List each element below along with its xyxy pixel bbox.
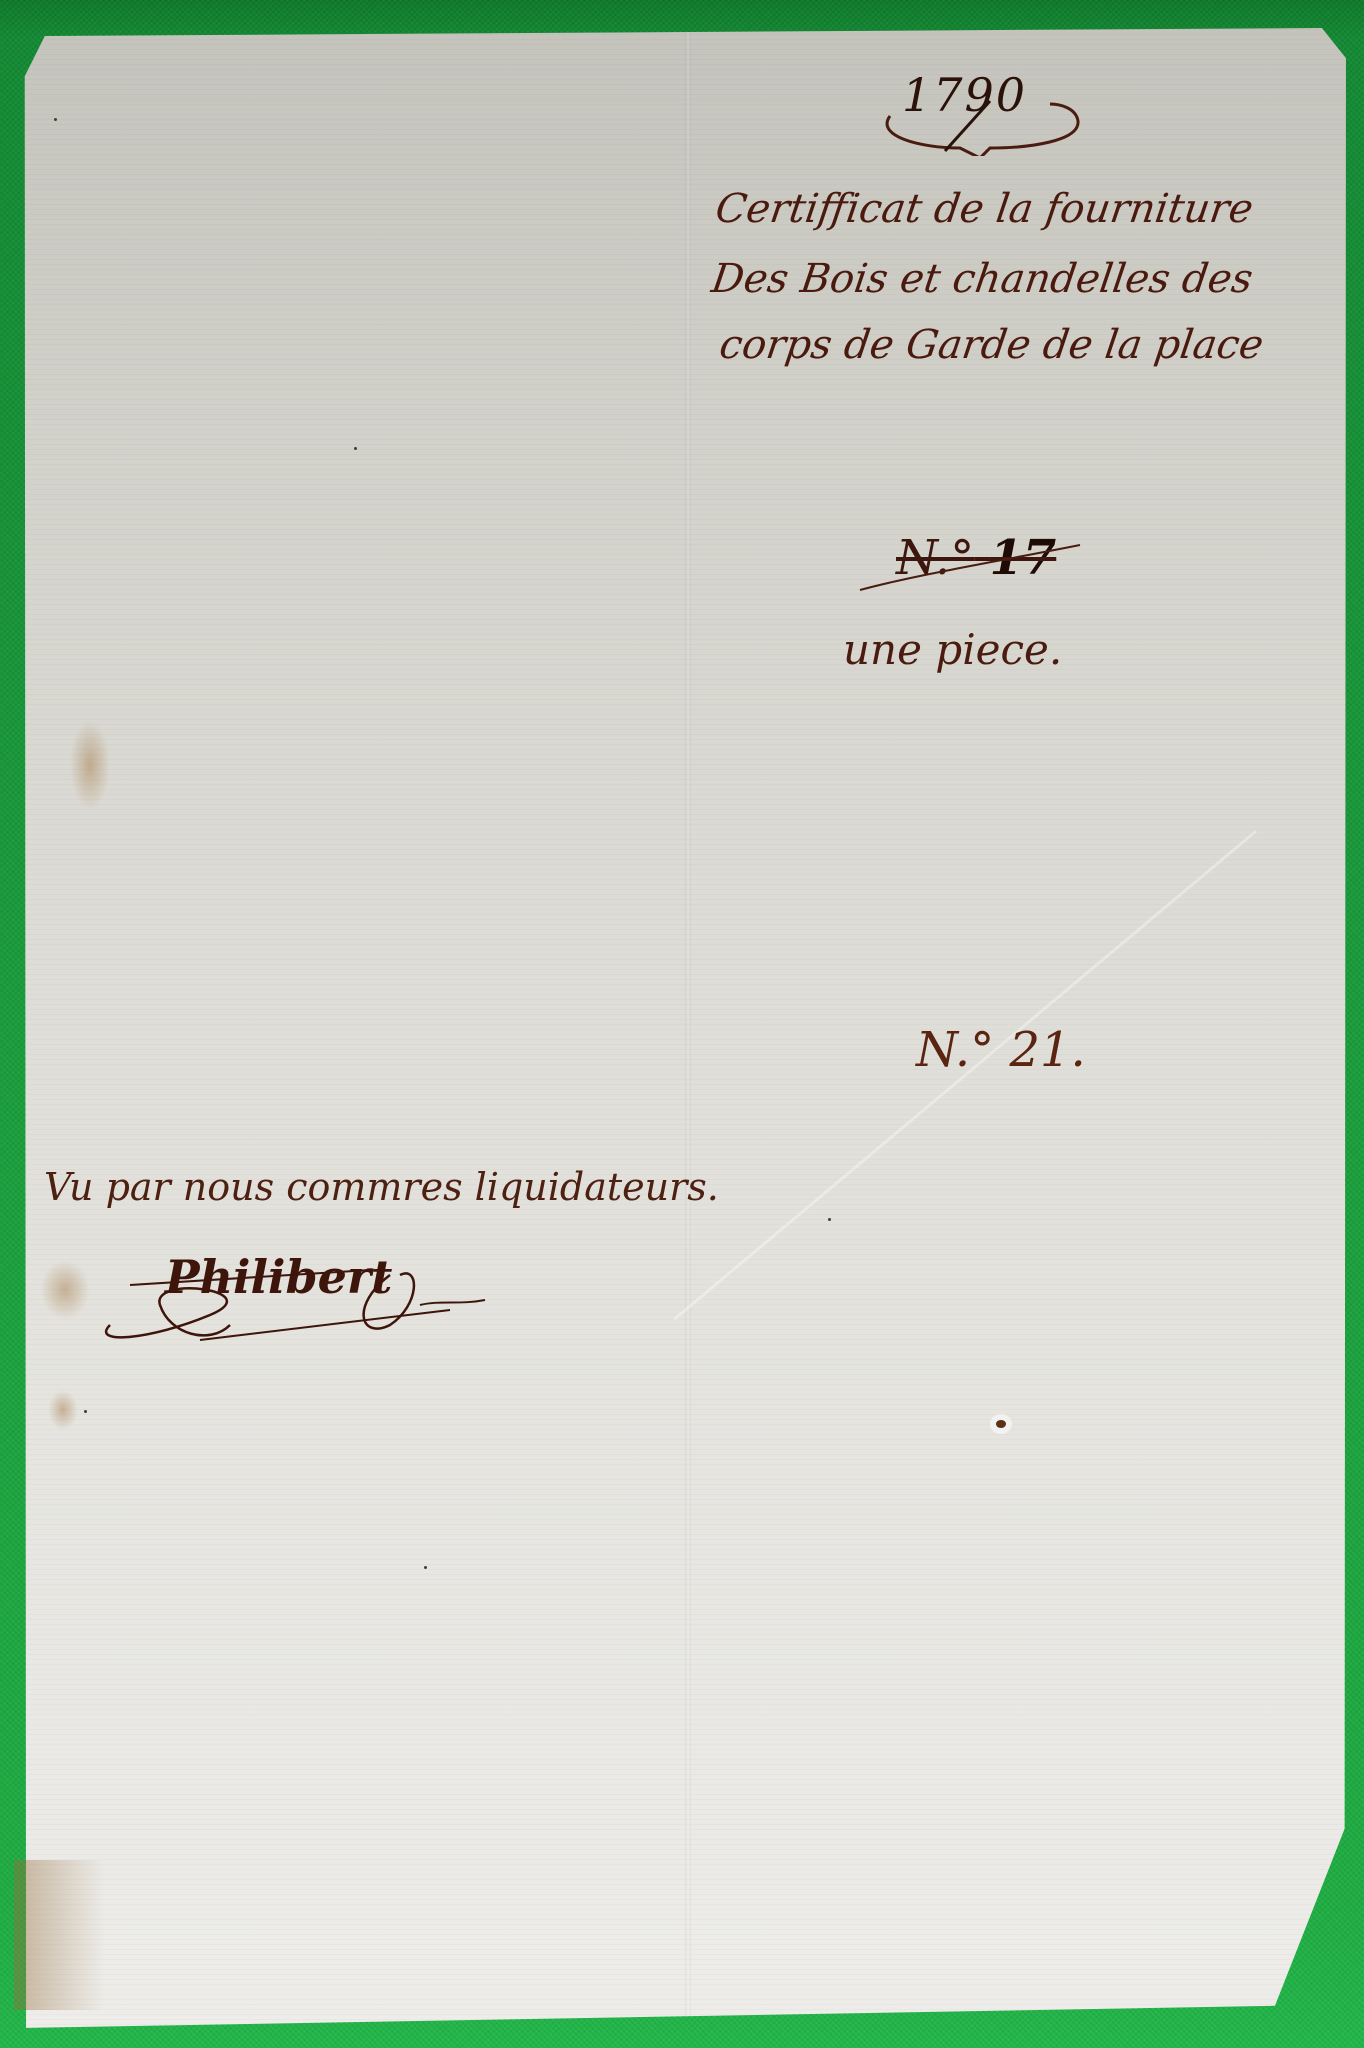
- signature-flourish: [90, 1245, 530, 1355]
- edge-stain: [14, 1860, 104, 2010]
- paper-hole: [996, 1420, 1006, 1428]
- foxing-stain: [40, 1260, 90, 1320]
- ink-speck: [828, 1218, 831, 1221]
- ink-speck: [84, 1410, 87, 1413]
- reference-new-prefix: N.°: [916, 1022, 994, 1078]
- piece-count: une piece.: [843, 625, 1062, 674]
- title-line-3: corps de Garde de la place: [717, 322, 1266, 368]
- ink-speck: [424, 1566, 427, 1569]
- ink-speck: [354, 447, 357, 450]
- ink-speck: [54, 118, 57, 121]
- reference-new-number: 21.: [1009, 1022, 1085, 1078]
- year-underline-flourish: [880, 96, 1080, 156]
- reference-new: N.° 21.: [916, 1022, 1086, 1078]
- center-fold: [685, 28, 691, 2040]
- approval-line: Vu par nous commres liquidateurs.: [44, 1165, 719, 1209]
- foxing-stain: [48, 1390, 78, 1430]
- foxing-stain: [70, 720, 110, 810]
- title-line-2: Des Bois et chandelles des: [709, 256, 1256, 302]
- title-line-1: Certifficat de la fourniture: [713, 186, 1256, 232]
- strike-through-flourish: [855, 540, 1085, 600]
